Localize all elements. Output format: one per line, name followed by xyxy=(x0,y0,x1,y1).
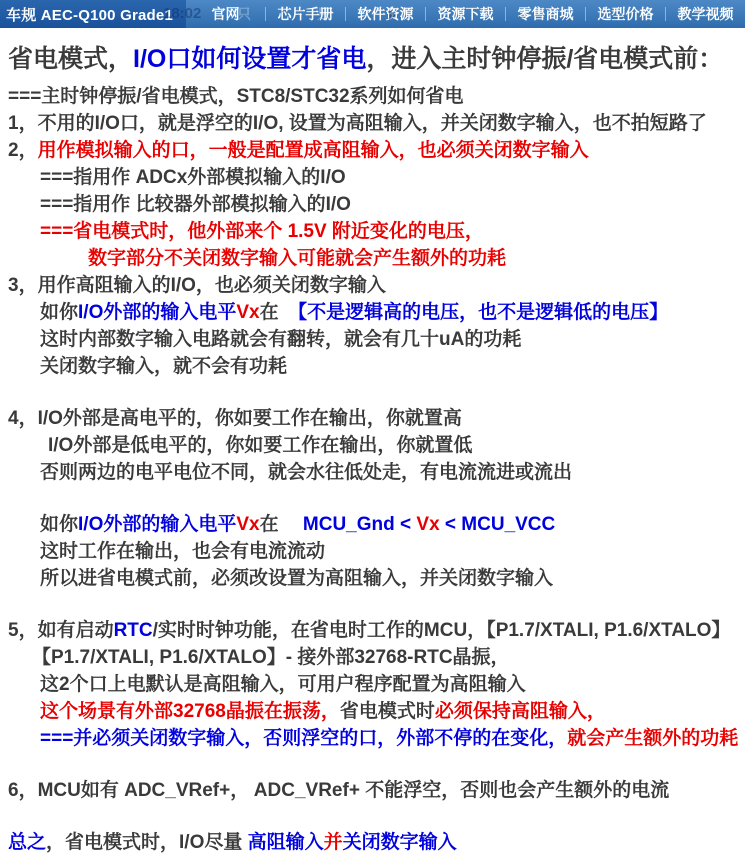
top-navbar: 车规 AEC-Q100 Grade1 官网芯片手册软件资源资源下载零售商城选型价… xyxy=(0,0,745,28)
text-segment: 关闭数字输入，就不会有功耗 xyxy=(40,356,287,377)
text-segment: Vx xyxy=(416,514,439,535)
text-segment: 必须保持高阻输入， xyxy=(435,701,606,722)
text-line: 2，用作模拟输入的口，一般是配置成高阻输入，也必须关闭数字输入 xyxy=(0,137,741,164)
text-line: 【P1.7/XTALI, P1.6/XTALO】- 接外部32768-RTC晶振… xyxy=(0,644,741,671)
text-segment: 省电模式， xyxy=(8,45,133,73)
text-line: 否则两边的电平电位不同，就会水往低处走，有电流流进或流出 xyxy=(0,459,741,486)
text-segment: 4，I/O外部是高电平的，你如要工作在输出，你就置高 xyxy=(8,408,462,429)
brand-label: 车规 AEC-Q100 Grade1 xyxy=(0,0,186,28)
text-line: 所以进省电模式前，必须改设置为高阻输入，并关闭数字输入 xyxy=(0,565,741,592)
text-segment: 这时内部数字输入电路就会有翻转，就会有几十uA的功耗 xyxy=(40,329,521,350)
text-line: 这时工作在输出，也会有电流流动 xyxy=(0,538,741,565)
text-segment: MCU_Gnd < xyxy=(303,514,416,535)
text-segment: ===主时钟停振/省电模式，STC8/STC32系列如何省电 xyxy=(8,86,464,107)
nav-item-resource-download[interactable]: 资源下载 xyxy=(426,0,505,28)
nav-item-software-resources[interactable]: 软件资源 xyxy=(346,0,425,28)
text-segment: 用作模拟输入的口，一般是配置成高阻输入，也必须关闭数字输入 xyxy=(38,140,589,161)
text-segment: 1，不用的I/O口，就是浮空的I/O, 设置为高阻输入，并关闭数字输入，也不拍短… xyxy=(8,113,707,134)
text-segment: Vx xyxy=(236,302,259,323)
blank-line xyxy=(0,380,741,405)
nav-item-retail-mall[interactable]: 零售商城 xyxy=(506,0,585,28)
text-segment: 在 xyxy=(260,302,279,323)
text-line: 这2个口上电默认是高阻输入，可用户程序配置为高阻输入 xyxy=(0,671,741,698)
text-line: ===指用作 ADCx外部模拟输入的I/O xyxy=(0,164,741,191)
text-segment: ===省电模式时，他外部来个 1.5V 附近变化的电压， xyxy=(40,221,484,242)
text-segment: 这2个口上电默认是高阻输入，可用户程序配置为高阻输入 xyxy=(40,674,526,695)
text-segment: 3，用作高阻输入的I/O，也必须关闭数字输入 xyxy=(8,275,386,296)
text-segment: 总之 xyxy=(8,832,46,853)
nav-items: 官网芯片手册软件资源资源下载零售商城选型价格教学视频 xyxy=(186,0,745,28)
page-title: 省电模式，I/O口如何设置才省电，进入主时钟停振/省电模式前： xyxy=(0,42,741,76)
nav-item-chip-manual[interactable]: 芯片手册 xyxy=(266,0,345,28)
blank-line xyxy=(0,804,741,829)
text-segment: 否则两边的电平电位不同，就会水往低处走，有电流流进或流出 xyxy=(40,462,572,483)
text-segment: 关闭数字输入 xyxy=(343,832,457,853)
text-segment: 在 xyxy=(260,514,279,535)
text-segment: 所以进省电模式前，必须改设置为高阻输入，并关闭数字输入 xyxy=(40,568,553,589)
text-segment: 【P1.7/XTALI, P1.6/XTALO】- 接外部32768-RTC晶振… xyxy=(32,647,510,668)
text-segment: 5，如有启动 xyxy=(8,620,114,641)
text-line: ===指用作 比较器外部模拟输入的I/O xyxy=(0,191,741,218)
text-segment: 并 xyxy=(324,832,343,853)
blank-line xyxy=(0,592,741,617)
nav-item-teaching-videos[interactable]: 教学视频 xyxy=(666,0,745,28)
text-line: 这个场景有外部32768晶振在振荡，省电模式时必须保持高阻输入， xyxy=(0,698,741,725)
text-line: ===省电模式时，他外部来个 1.5V 附近变化的电压， xyxy=(0,218,741,245)
text-segment: ===指用作 比较器外部模拟输入的I/O xyxy=(40,194,351,215)
text-line: 如你I/O外部的输入电平Vx在 MCU_Gnd < Vx < MCU_VCC xyxy=(0,511,741,538)
text-segment: 高阻输入 xyxy=(248,832,324,853)
text-line: 总之，省电模式时，I/O尽量 高阻输入并关闭数字输入 xyxy=(0,829,741,856)
nav-item-pricing[interactable]: 选型价格 xyxy=(586,0,665,28)
text-line: 如你I/O外部的输入电平Vx在 【不是逻辑高的电压，也不是逻辑低的电压】 xyxy=(0,299,741,326)
text-line: 6，MCU如有 ADC_VRef+， ADC_VRef+ 不能浮空，否则也会产生… xyxy=(0,777,741,804)
text-line: 这时内部数字输入电路就会有翻转，就会有几十uA的功耗 xyxy=(0,326,741,353)
text-segment: ，进入主时钟停振/省电模式前： xyxy=(366,45,723,73)
blank-line xyxy=(0,486,741,511)
text-line: I/O外部是低电平的，你如要工作在输出，你就置低 xyxy=(0,432,741,459)
text-segment: 如你 xyxy=(40,302,78,323)
blank-line xyxy=(0,752,741,777)
content: 省电模式，I/O口如何设置才省电，进入主时钟停振/省电模式前：===主时钟停振/… xyxy=(0,28,745,856)
text-segment: ===指用作 ADCx外部模拟输入的I/O xyxy=(40,167,346,188)
text-segment: 这个场景有外部32768晶振在振荡， xyxy=(40,701,340,722)
text-segment: I/O外部的输入电平 xyxy=(78,302,236,323)
text-line: 5，如有启动RTC/实时时钟功能，在省电时工作的MCU，【P1.7/XTALI,… xyxy=(0,617,741,644)
text-segment: 如你 xyxy=(40,514,78,535)
text-segment: 【不是逻辑高的电压，也不是逻辑低的电压】 xyxy=(298,302,669,323)
text-segment: /实时时钟功能，在省电时工作的MCU，【P1.7/XTALI, P1.6/XTA… xyxy=(153,620,731,641)
nav-item-official-site[interactable]: 官网 xyxy=(186,0,265,28)
text-line: 数字部分不关闭数字输入可能就会产生额外的功耗 xyxy=(0,245,741,272)
text-segment xyxy=(279,302,298,323)
text-line: 3，用作高阻输入的I/O，也必须关闭数字输入 xyxy=(0,272,741,299)
text-segment: 6，MCU如有 ADC_VRef+， ADC_VRef+ 不能浮空，否则也会产生… xyxy=(8,780,669,801)
text-segment: Vx xyxy=(236,514,259,535)
text-segment: I/O外部的输入电平 xyxy=(78,514,236,535)
text-segment: < MCU_VCC xyxy=(440,514,556,535)
text-segment: RTC xyxy=(114,620,153,641)
text-segment: 这时工作在输出，也会有电流流动 xyxy=(40,541,325,562)
text-segment xyxy=(279,514,303,535)
text-segment: 就会产生额外的功耗 xyxy=(567,728,738,749)
text-segment: 2， xyxy=(8,140,38,161)
text-segment: ===并必须关闭数字输入，否则浮空的口，外部不停的在变化， xyxy=(40,728,567,749)
text-segment: I/O外部是低电平的，你如要工作在输出，你就置低 xyxy=(48,435,472,456)
text-segment: ，省电模式时，I/O尽量 xyxy=(46,832,248,853)
text-segment: 省电模式时 xyxy=(340,701,435,722)
text-segment: I/O口如何设置才省电 xyxy=(133,45,366,73)
text-line: ===主时钟停振/省电模式，STC8/STC32系列如何省电 xyxy=(0,83,741,110)
text-line: 4，I/O外部是高电平的，你如要工作在输出，你就置高 xyxy=(0,405,741,432)
text-line: 关闭数字输入，就不会有功耗 xyxy=(0,353,741,380)
text-segment: 数字部分不关闭数字输入可能就会产生额外的功耗 xyxy=(88,248,506,269)
text-line: ===并必须关闭数字输入，否则浮空的口，外部不停的在变化，就会产生额外的功耗 xyxy=(0,725,741,752)
text-line: 1，不用的I/O口，就是浮空的I/O, 设置为高阻输入，并关闭数字输入，也不拍短… xyxy=(0,110,741,137)
